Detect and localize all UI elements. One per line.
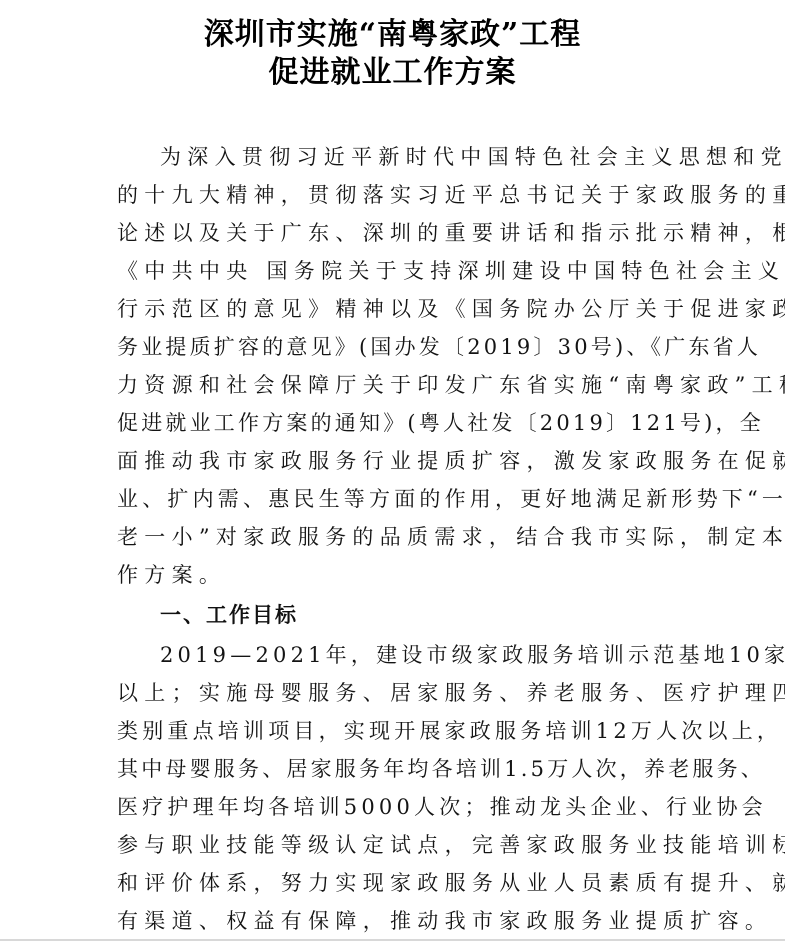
paragraph-line: 促进就业工作方案的通知》(粤人社发〔2019〕121号)，全: [117, 408, 677, 438]
section-heading: 一、工作目标: [160, 600, 720, 630]
document-title-line-2: 促进就业工作方案: [0, 56, 785, 90]
paragraph-line: 有渠道、权益有保障，推动我市家政服务业提质扩容。: [117, 906, 677, 936]
paragraph-line: 行示范区的意见》精神以及《国务院办公厅关于促进家政服: [117, 294, 677, 324]
paragraph-line: 和评价体系，努力实现家政服务从业人员素质有提升、就业: [117, 868, 677, 898]
paragraph-line: 作方案。: [117, 560, 677, 590]
paragraph-line: 为深入贯彻习近平新时代中国特色社会主义思想和党: [160, 142, 720, 172]
paragraph-line: 医疗护理年均各培训5000人次；推动龙头企业、行业协会: [117, 792, 677, 822]
paragraph-line: 参与职业技能等级认定试点，完善家政服务业技能培训标准: [117, 830, 677, 860]
paragraph-line: 务业提质扩容的意见》(国办发〔2019〕30号)、《广东省人: [117, 332, 677, 362]
paragraph-line: 力资源和社会保障厅关于印发广东省实施“南粤家政”工程: [117, 370, 677, 400]
document-title-line-1: 深圳市实施“南粤家政”工程: [0, 18, 785, 52]
paragraph-line: 老一小”对家政服务的品质需求，结合我市实际，制定本工: [117, 522, 677, 552]
paragraph-line: 类别重点培训项目，实现开展家政服务培训12万人次以上，: [117, 716, 677, 746]
paragraph-line: 其中母婴服务、居家服务年均各培训1.5万人次，养老服务、: [117, 754, 677, 784]
paragraph-line: 业、扩内需、惠民生等方面的作用，更好地满足新形势下“一: [117, 484, 677, 514]
paragraph-line: 2019—2021年，建设市级家政服务培训示范基地10家: [160, 640, 720, 670]
paragraph-line: 论述以及关于广东、深圳的重要讲话和指示批示精神，根据: [117, 218, 677, 248]
paragraph-line: 面推动我市家政服务行业提质扩容，激发家政服务在促就: [117, 446, 677, 476]
paragraph-line: 的十九大精神，贯彻落实习近平总书记关于家政服务的重要: [117, 180, 677, 210]
document-page: 深圳市实施“南粤家政”工程 促进就业工作方案 为深入贯彻习近平新时代中国特色社会…: [0, 0, 785, 939]
paragraph-line: 《中共中央 国务院关于支持深圳建设中国特色社会主义先: [117, 256, 677, 286]
paragraph-line: 以上；实施母婴服务、居家服务、养老服务、医疗护理四大: [117, 678, 677, 708]
